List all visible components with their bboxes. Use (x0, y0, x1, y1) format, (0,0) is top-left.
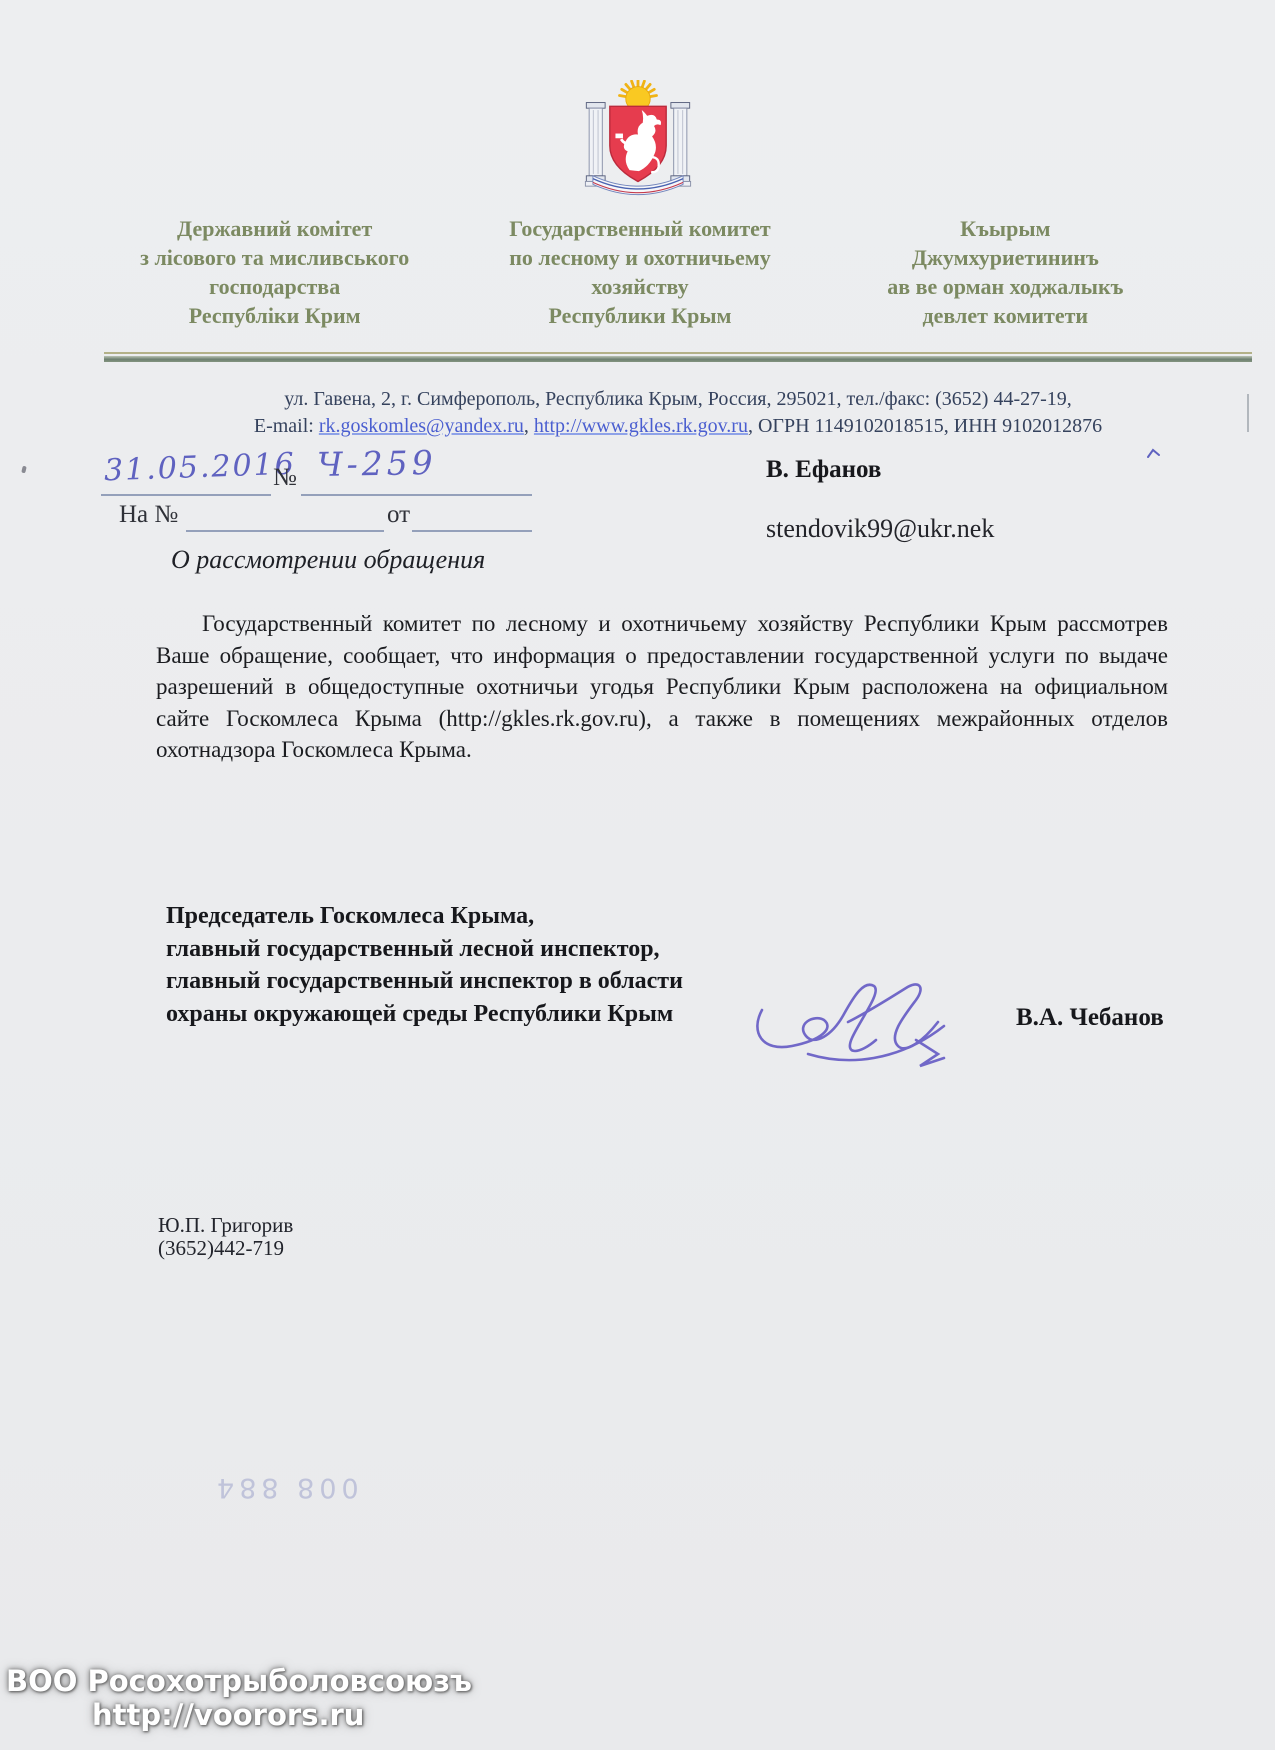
address-line: ул. Гавена, 2, г. Симферополь, Республик… (104, 388, 1252, 411)
header-divider (104, 352, 1252, 362)
contact-line: E-mail: rk.goskomles@yandex.ru, http://w… (104, 415, 1252, 438)
reply-from-label: от (387, 501, 410, 529)
email-link[interactable]: rk.goskomles@yandex.ru (319, 415, 524, 437)
signer-title-line: главный государственный лесной инспектор… (166, 933, 683, 966)
reply-to-number-label: На № (119, 501, 178, 529)
executor-name: Ю.П. Григорив (158, 1214, 293, 1237)
signer-title-line: главный государственный инспектор в обла… (166, 965, 683, 998)
site-watermark: ВОО Росохотрыболовсоюзъ http://voorors.r… (6, 1664, 472, 1732)
scan-edge-artifact (1247, 394, 1249, 432)
org-line: Республіки Крим (92, 301, 457, 330)
org-line: Къырым (823, 214, 1188, 243)
signer-titles: Председатель Госкомлеса Крыма, главный г… (166, 900, 683, 1030)
scan-speck (21, 466, 27, 474)
letter-body-paragraph: Государственный комитет по лесному и охо… (156, 608, 1168, 766)
reply-number-underline (186, 499, 384, 532)
small-pen-mark-icon (1146, 448, 1162, 460)
org-line: хозяйству (457, 272, 822, 301)
org-line: Республики Крым (457, 301, 822, 330)
date-underline (101, 458, 271, 496)
watermark-url: http://voorors.ru (92, 1698, 472, 1732)
faint-stamp-number: 008 884 (212, 1472, 359, 1503)
org-line: Джумхуриетининъ (823, 243, 1188, 272)
signer-title-line: охраны окружающей среды Республики Крым (166, 998, 683, 1031)
number-sign-label: № (273, 464, 297, 492)
left-column (585, 103, 606, 187)
reply-date-underline (412, 499, 532, 532)
org-line: Государственный комитет (457, 214, 822, 243)
handwritten-outgoing-number: Ч-259 (317, 443, 437, 484)
signer-name: В.А. Чебанов (1016, 1004, 1164, 1032)
recipient-name: В. Ефанов (766, 456, 881, 484)
crimea-coat-of-arms-icon (582, 80, 694, 204)
watermark-org-name: ВОО Росохотрыболовсоюзъ (6, 1664, 472, 1698)
org-name-ukrainian: Державний комітет з лісового та мисливсь… (92, 214, 457, 330)
email-label: E-mail: (254, 415, 319, 437)
registry-numbers: , ОГРН 1149102018515, ИНН 9102012876 (748, 415, 1102, 437)
org-line: господарства (92, 272, 457, 301)
executor-block: Ю.П. Григорив (3652)442-719 (158, 1214, 293, 1260)
separator: , (524, 415, 534, 437)
handwritten-signature-icon (748, 962, 1016, 1072)
org-line: по лесному и охотничьему (457, 243, 822, 272)
org-line: Державний комітет (92, 214, 457, 243)
right-column (670, 103, 691, 187)
org-name-russian: Государственный комитет по лесному и охо… (457, 214, 822, 330)
organization-header: Державний комітет з лісового та мисливсь… (92, 214, 1188, 330)
signer-title-line: Председатель Госкомлеса Крыма, (166, 900, 683, 933)
org-line: девлет комитети (823, 301, 1188, 330)
org-line: ав ве орман ходжалыкъ (823, 272, 1188, 301)
divider-band (104, 356, 1252, 362)
subject-line: О рассмотрении обращения (171, 545, 485, 575)
scanned-letter-page: Державний комітет з лісового та мисливсь… (0, 0, 1275, 1750)
org-line: з лісового та мисливського (92, 243, 457, 272)
recipient-email: stendovik99@ukr.nek (766, 514, 994, 544)
executor-phone: (3652)442-719 (158, 1237, 293, 1260)
org-name-crimean-tatar: Къырым Джумхуриетининъ ав ве орман ходжа… (823, 214, 1188, 330)
website-link[interactable]: http://www.gkles.rk.gov.ru (534, 415, 748, 437)
